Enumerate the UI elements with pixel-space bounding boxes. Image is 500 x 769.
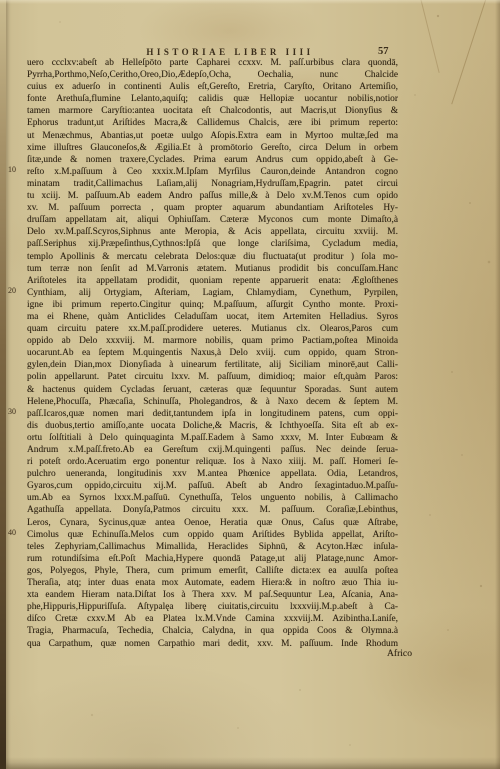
- top-page-edge-highlight: [0, 0, 500, 4]
- text-line: ma ei Rhene, quàm Anticlides Celaduſſam …: [27, 311, 398, 323]
- text-line: fonte Arethuſa,flumine Lelanto,aquiſq; c…: [27, 93, 398, 105]
- catchword: Africo: [300, 648, 412, 659]
- text-line: phe,Hippuris,Hippuriſſuſa. Aſtypalęa lib…: [27, 601, 398, 613]
- text-line: igne ibi primum reperto.Cingitur quinq; …: [27, 299, 398, 311]
- text-line: uero ccclxv:abeſt ab Helleſpōto parte Ca…: [27, 57, 398, 69]
- page-number: 57: [378, 46, 402, 57]
- text-line: ſitæ,unde & nomen traxere,Cyclades. Prim…: [27, 154, 398, 166]
- bottom-page-edge-shadow: [0, 757, 500, 769]
- text-line: Gyaros,cum oppido,circuitu xij.M. paſſuū…: [27, 480, 398, 492]
- left-page-edge-shadow: [0, 0, 6, 769]
- text-line: Agathuſſa appellata. Donyſa,Patmos circu…: [27, 504, 398, 516]
- right-page-edge-shadow: [495, 0, 500, 769]
- text-line: teles Zephyriam,Callimachus Mimallida, H…: [27, 541, 398, 553]
- text-line: & hactenus quidem Cycladas ſeruant, cæte…: [27, 384, 398, 396]
- text-line: rum rotundiſsima eſt.Poſt Machia,Hypere …: [27, 553, 398, 565]
- text-line: dis duobus,tertio amiſſo,ante uocata Dol…: [27, 420, 398, 432]
- text-line: Pyrrha,Porthmo,Neſo,Ceritho,Oreo,Dio,Æde…: [27, 69, 398, 81]
- text-line: minatam tradit,Callimachus Laſiam,alij N…: [27, 178, 398, 190]
- text-line: Ariſtoteles ita appellatam prodidit, quo…: [27, 275, 398, 287]
- text-line: Theraſia, atq; inter duas enata mox Auto…: [27, 577, 398, 589]
- text-line: xv. M. paſſuum porrecta , quam propter a…: [27, 202, 398, 214]
- text-line: druſſam appellatam ait, aliqui Ophiuſſam…: [27, 214, 398, 226]
- text-line: pulchro ueneranda, longitudinis xxv M.an…: [27, 468, 398, 480]
- text-line: paſſ.Icaros,quæ nomen mari dedit,tantund…: [27, 408, 398, 420]
- margin-line-number: 20: [8, 286, 24, 295]
- text-line: Delo xv.M.paſſ.Scyros,Siphnus ante Merop…: [27, 226, 398, 238]
- text-line: xime illuſtres Glauconeſos,& Ægilia.Et à…: [27, 142, 398, 154]
- paper-crease: [419, 0, 439, 73]
- text-line: cuius ex aduerſo in continenti Aulis eſt…: [27, 81, 398, 93]
- text-line: Cimolus quæ Echinuſſa.Melos cum oppido q…: [27, 529, 398, 541]
- text-line: reſto x.M.paſſuum à Ceo xxxix.M.Ipſam My…: [27, 166, 398, 178]
- body-text-block: uero ccclxv:abeſt ab Helleſpōto parte Ca…: [27, 57, 398, 650]
- text-line: ri poteſt ordo.Aceruatim ergo ponentur r…: [27, 456, 398, 468]
- text-line: Ephorus tradunt,ut Ariſtides Macra,& Cal…: [27, 117, 398, 129]
- text-line: um.Ab ea Syrnos lxxx.M.paſſuū. Cynethuſſ…: [27, 492, 398, 504]
- text-line: Cynthiam, alij Ortygiam, Aſteriam, Lagia…: [27, 287, 398, 299]
- margin-line-number: 10: [8, 165, 24, 174]
- text-line: gos, Polyegos, Phyle, Thera, cum primum …: [27, 565, 398, 577]
- text-line: polin appellarunt. Patet circuitu lxxv. …: [27, 371, 398, 383]
- text-line: paſſ.Seriphus xij.Præpeſinthus,Cythnos:I…: [27, 238, 398, 250]
- text-line: ut Menæchmus, Abantias,ut poetæ uulgo Aſ…: [27, 130, 398, 142]
- text-line: tum terræ non ſenſit ad M.Varronis ætate…: [27, 263, 398, 275]
- paper-crease: [451, 0, 487, 104]
- text-line: Helene,Phocuſſa, Phæcaſia, Schinuſſa, Ph…: [27, 396, 398, 408]
- text-line: gylen,dein Dian,mox Dionyſiada à uinearu…: [27, 359, 398, 371]
- text-line: quam circuitu patere xx.M.paſſ.prodidere…: [27, 323, 398, 335]
- text-line: oppido ab Delo xxxviij. M. marmore nobil…: [27, 335, 398, 347]
- running-title: HISTORIAE LIBER IIII: [30, 47, 430, 57]
- book-page: HISTORIAE LIBER IIII 57 10 20 30 40 uero…: [0, 0, 500, 769]
- text-line: tu xciij. M. paſſuum.Ab eadem Andro paſſ…: [27, 190, 398, 202]
- text-line: Andrum x.M.paſſ.freto.Ab ea Gereſtum cxi…: [27, 444, 398, 456]
- text-line: diſco Cretæ cxxv.M Ab ea Platea lx.M.Vnd…: [27, 613, 398, 625]
- text-line: Leros, Cynara, Sycinus,quæ antea Oenoe, …: [27, 517, 398, 529]
- text-line: Tragia, Pharmacuſa, Techedia, Chalcia, C…: [27, 625, 398, 637]
- margin-line-number: 30: [8, 407, 24, 416]
- text-line: tamen marmore Caryſtio:antea uocitata eſ…: [27, 105, 398, 117]
- text-line: xta eandem Hieram nata.Diſtat Ios à Ther…: [27, 589, 398, 601]
- text-line: templo Apollinis & mercatu celebrata Del…: [27, 251, 398, 263]
- text-line: uocarunt.Ab ea ſeptem M.quingentis Naxus…: [27, 347, 398, 359]
- text-line: ortu ſolſtitiali à Delo quinquaginta M.p…: [27, 432, 398, 444]
- margin-line-number: 40: [8, 528, 24, 537]
